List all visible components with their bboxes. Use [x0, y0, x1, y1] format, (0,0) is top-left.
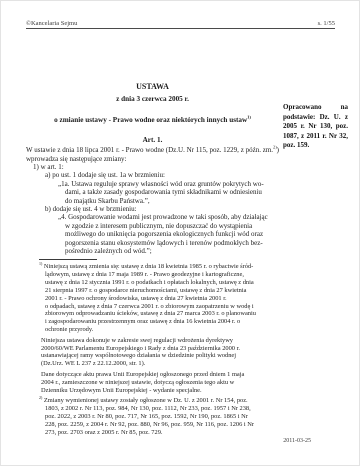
footer-date: 2011-03-25 [283, 438, 311, 444]
footnote-2: 2) Zmiany wymienionej ustawy zostały ogł… [39, 397, 332, 437]
quoted-provision-4: „4. Gospodarowanie wodami jest prowadzon… [26, 213, 279, 255]
publisher-credit: ©Kancelaria Sejmu [26, 20, 77, 27]
footnotes-block: 1) Niniejszą ustawą zmienia się: ustawę … [39, 263, 332, 437]
footnote-2-paragraph: 2) Zmiany wymienionej ustawy zostały ogł… [39, 397, 332, 437]
footnote-1-paragraph-1-text: Niniejszą ustawą zmienia się: ustawę z d… [44, 263, 256, 333]
document-page: ©Kancelaria Sejmu s. 1/55 Opracowano na … [0, 0, 360, 466]
act-type-title: USTAWA [26, 82, 279, 91]
footnote-1-marker: 1) [39, 261, 42, 266]
footnote-1-paragraph-3: Dane dotyczące aktu prawa Unii Europejsk… [39, 371, 332, 395]
page-header: ©Kancelaria Sejmu s. 1/55 [26, 20, 335, 29]
amendment-letter-a: a) po ust. 1 dodaje się ust. 1a w brzmie… [45, 171, 279, 179]
footnote-1-paragraph-2: Niniejsza ustawa dokonuje w zakresie swe… [39, 337, 332, 369]
act-date-line: z dnia 3 czerwca 2005 r. [26, 95, 279, 103]
intro-text-before-ref: W ustawie z dnia 18 lipca 2001 r. - Praw… [26, 146, 273, 154]
footnote-1: 1) Niniejszą ustawą zmienia się: ustawę … [39, 263, 332, 395]
footnote-2-text: Zmiany wymienionej ustawy zostały ogłosz… [44, 397, 254, 436]
article-intro-paragraph: W ustawie z dnia 18 lipca 2001 r. - Praw… [26, 146, 279, 163]
footnote-1-paragraph-1: 1) Niniejszą ustawą zmienia się: ustawę … [39, 263, 332, 334]
amendment-point-1: 1) w art. 1: [33, 163, 279, 171]
page-number: s. 1/55 [318, 20, 335, 27]
act-body: USTAWA z dnia 3 czerwca 2005 r. o zmiani… [26, 82, 279, 256]
footnote-1-reference: 1) [247, 115, 251, 120]
quoted-provision-1a: „1a. Ustawa reguluje sprawy własności wó… [26, 180, 279, 205]
publication-margin-note: Opracowano na podstawie: Dz. U. z 2005 r… [283, 103, 348, 151]
amendment-letter-b: b) dodaje się ust. 4 w brzmieniu: [45, 205, 279, 213]
act-subject-line: o zmianie ustawy - Prawo wodne oraz niek… [26, 116, 279, 124]
footnote-2-marker: 2) [39, 395, 42, 400]
act-subject-text: o zmianie ustawy - Prawo wodne oraz niek… [54, 116, 247, 124]
article-1-heading: Art. 1. [26, 136, 279, 144]
footnote-separator-rule [39, 259, 97, 260]
